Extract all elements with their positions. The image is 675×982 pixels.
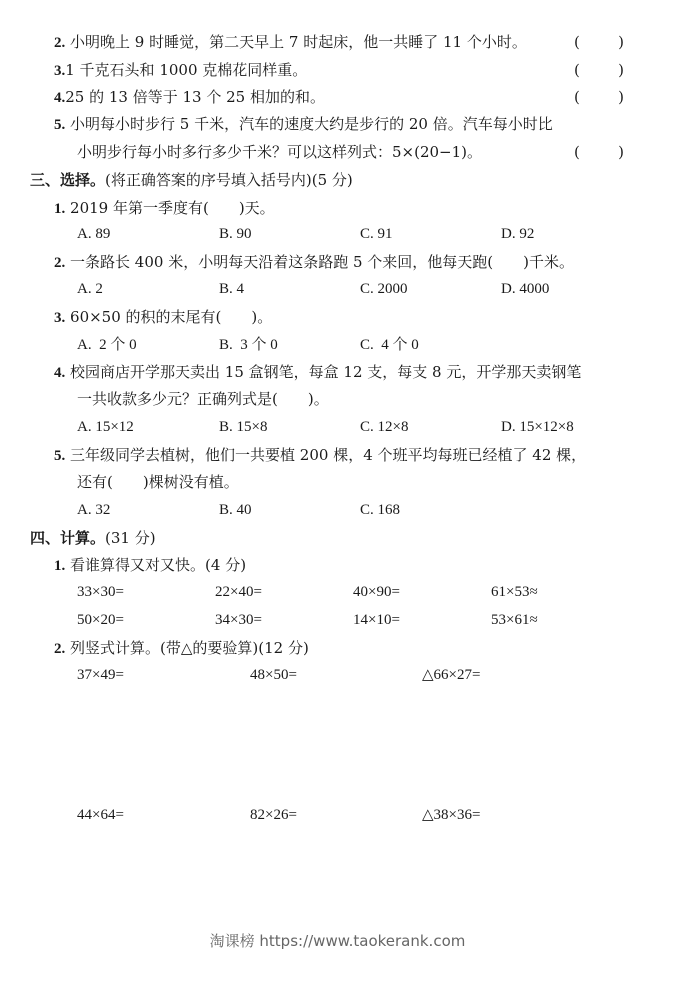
part-text: 看谁算得又对又快。(4 分) [70,556,246,574]
judgment-item-2: 2. 小明晚上 9 时睡觉，第二天早上 7 时起床，他一共睡了 11 个小时。 [54,32,527,53]
item-text: 25 的 13 倍等于 13 个 25 相加的和。 [65,88,325,106]
choice-question-5-line2: 还有( )棵树没有植。 [77,472,239,492]
oral-calc[interactable]: 61×53≈ [491,582,538,602]
vertical-calc[interactable]: △66×27= [422,665,480,685]
oral-calc[interactable]: 33×30= [77,582,124,602]
option-a[interactable]: A. 89 [77,224,110,244]
option-d[interactable]: D. 15×12×8 [501,417,574,437]
option-a[interactable]: A. 2 [77,279,103,299]
option-c[interactable]: C. 168 [360,500,400,520]
item-text: 1 千克石头和 1000 克棉花同样重。 [65,61,307,79]
option-b[interactable]: B. 4 [219,279,244,299]
choice-question-2: 2. 一条路长 400 米，小明每天沿着这条路跑 5 个来回，他每天跑( )千米… [54,252,574,273]
judgment-item-5: 5. 小明每小时步行 5 千米，汽车的速度大约是步行的 20 倍。汽车每小时比 [54,114,553,135]
option-a[interactable]: A. 32 [77,500,110,520]
part-text: 列竖式计算。(带△的要验算)(12 分) [70,639,309,657]
judgment-item-4: 4.25 的 13 倍等于 13 个 25 相加的和。 [54,87,325,108]
oral-calc[interactable]: 22×40= [215,582,262,602]
section-note: (31 分) [105,529,156,547]
choice-question-5: 5. 三年级同学去植树，他们一共要植 200 棵，4 个班平均每班已经植了 42… [54,445,586,466]
oral-calc[interactable]: 50×20= [77,610,124,630]
vertical-calc[interactable]: 44×64= [77,805,124,825]
option-c[interactable]: C. 4 个 0 [360,335,419,355]
option-a[interactable]: A. 15×12 [77,417,134,437]
vertical-calc[interactable]: 37×49= [77,665,124,685]
watermark: 淘课榜 https://www.taokerank.com [0,930,675,951]
section-title: 四、计算。 [30,529,105,547]
item-number: 4. [54,90,65,106]
oral-calc[interactable]: 14×10= [353,610,400,630]
vertical-calc[interactable]: 48×50= [250,665,297,685]
oral-calc[interactable]: 53×61≈ [491,610,538,630]
section-3-heading: 三、选择。(将正确答案的序号填入括号内)(5 分) [30,170,353,190]
option-c[interactable]: C. 2000 [360,279,408,299]
question-text: 一条路长 400 米，小明每天沿着这条路跑 5 个来回，他每天跑( )千米。 [70,253,574,271]
option-b[interactable]: B. 15×8 [219,417,267,437]
choice-question-4-line2: 一共收款多少元？正确列式是( )。 [77,389,329,409]
option-c[interactable]: C. 12×8 [360,417,408,437]
section-title: 三、选择。 [30,171,105,189]
vertical-calc[interactable]: 82×26= [250,805,297,825]
vertical-calc[interactable]: △38×36= [422,805,480,825]
calc-part-2-heading: 2. 列竖式计算。(带△的要验算)(12 分) [54,638,309,659]
question-text: 2019 年第一季度有( )天。 [70,199,275,217]
judgment-item-5-line2: 小明步行每小时多行多少千米？可以这样列式：5×(20−1)。 [77,142,482,162]
option-d[interactable]: D. 4000 [501,279,549,299]
item-number: 5. [54,117,65,133]
item-text-line1: 小明每小时步行 5 千米，汽车的速度大约是步行的 20 倍。汽车每小时比 [70,115,553,133]
item-number: 2. [54,35,65,51]
option-b[interactable]: B. 40 [219,500,252,520]
option-a[interactable]: A. 2 个 0 [77,335,137,355]
calc-part-1-heading: 1. 看谁算得又对又快。(4 分) [54,555,246,576]
option-c[interactable]: C. 91 [360,224,393,244]
choice-question-3: 3. 60×50 的积的末尾有( )。 [54,307,272,328]
option-b[interactable]: B. 3 个 0 [219,335,278,355]
item-number: 3. [54,63,65,79]
option-b[interactable]: B. 90 [219,224,252,244]
judgment-item-3: 3.1 千克石头和 1000 克棉花同样重。 [54,60,307,81]
choice-question-1: 1. 2019 年第一季度有( )天。 [54,198,275,219]
section-4-heading: 四、计算。(31 分) [30,528,156,548]
question-text-line1: 三年级同学去植树，他们一共要植 200 棵，4 个班平均每班已经植了 42 棵， [70,446,586,464]
choice-question-4: 4. 校园商店开学那天卖出 15 盒钢笔，每盒 12 支，每支 8 元，开学那天… [54,362,581,383]
question-text: 60×50 的积的末尾有( )。 [70,308,272,326]
oral-calc[interactable]: 40×90= [353,582,400,602]
oral-calc[interactable]: 34×30= [215,610,262,630]
question-text-line1: 校园商店开学那天卖出 15 盒钢笔，每盒 12 支，每支 8 元，开学那天卖钢笔 [70,363,581,381]
section-note: (将正确答案的序号填入括号内)(5 分) [105,171,353,189]
option-d[interactable]: D. 92 [501,224,534,244]
item-text: 小明晚上 9 时睡觉，第二天早上 7 时起床，他一共睡了 11 个小时。 [70,33,527,51]
